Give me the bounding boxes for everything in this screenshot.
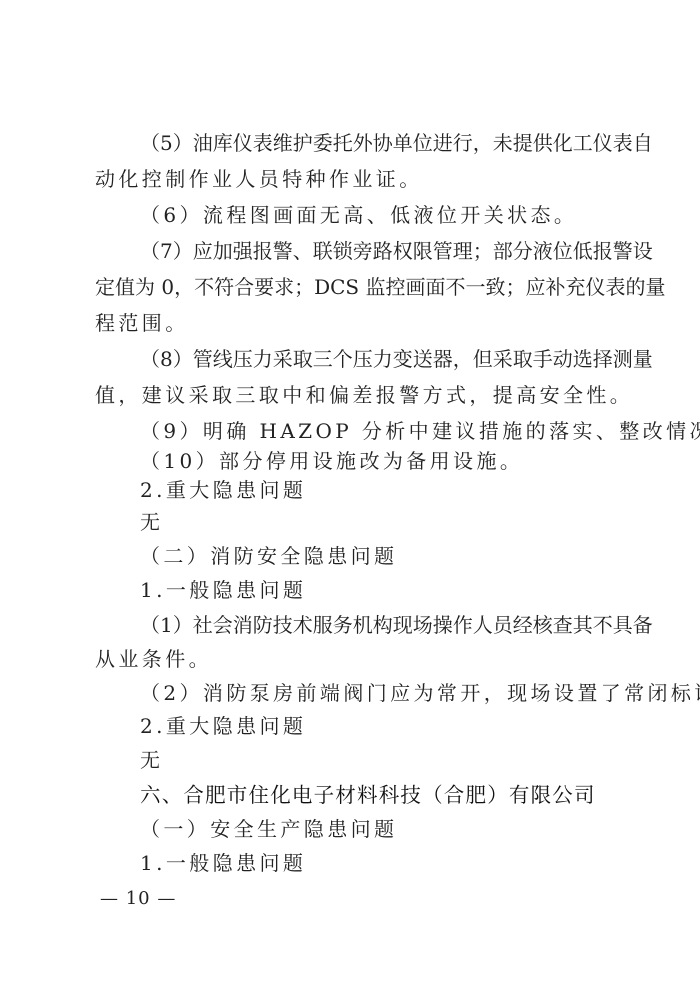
paragraph-line: （10）部分停用设施改为备用设施。	[140, 449, 615, 473]
paragraph-line: （6）流程图画面无高、低液位开关状态。	[140, 203, 615, 227]
paragraph-line: 无	[140, 510, 615, 534]
paragraph-line: （1）社会消防技术服务机构现场操作人员经核查其不具备	[140, 613, 615, 637]
paragraph-line: （9）明确 HAZOP 分析中建议措施的落实、整改情况。	[140, 419, 615, 443]
paragraph-line: 无	[140, 748, 615, 772]
paragraph-line: 动化控制作业人员特种作业证。	[95, 167, 615, 191]
paragraph-line: 2.重大隐患问题	[140, 478, 615, 502]
paragraph-line: 从业条件。	[95, 647, 615, 671]
subsection-heading: （一）安全生产隐患问题	[140, 817, 615, 841]
paragraph-line: （二）消防安全隐患问题	[140, 544, 615, 568]
paragraph-line: 1.一般隐患问题	[140, 578, 615, 602]
paragraph-line: （7）应加强报警、联锁旁路权限管理；部分液位低报警设	[140, 239, 615, 263]
paragraph-line: 2.重大隐患问题	[140, 714, 615, 738]
paragraph-line: 定值为 0，不符合要求；DCS 监控画面不一致；应补充仪表的量	[95, 275, 615, 299]
document-page: （5）油库仪表维护委托外协单位进行，未提供化工仪表自动化控制作业人员特种作业证。…	[0, 0, 700, 990]
paragraph-line: （2）消防泵房前端阀门应为常开，现场设置了常闭标识。	[140, 681, 615, 705]
section-heading: 六、合肥市住化电子材料科技（合肥）有限公司	[140, 783, 660, 807]
paragraph-line: （8）管线压力采取三个压力变送器，但采取手动选择测量	[140, 347, 615, 371]
subheading-line: 1.一般隐患问题	[140, 851, 615, 875]
paragraph-line: 值，建议采取三取中和偏差报警方式，提高安全性。	[95, 383, 615, 407]
paragraph-line: （5）油库仪表维护委托外协单位进行，未提供化工仪表自	[140, 131, 615, 155]
page-number: — 10 —	[100, 888, 176, 910]
paragraph-line: 程范围。	[95, 311, 615, 335]
